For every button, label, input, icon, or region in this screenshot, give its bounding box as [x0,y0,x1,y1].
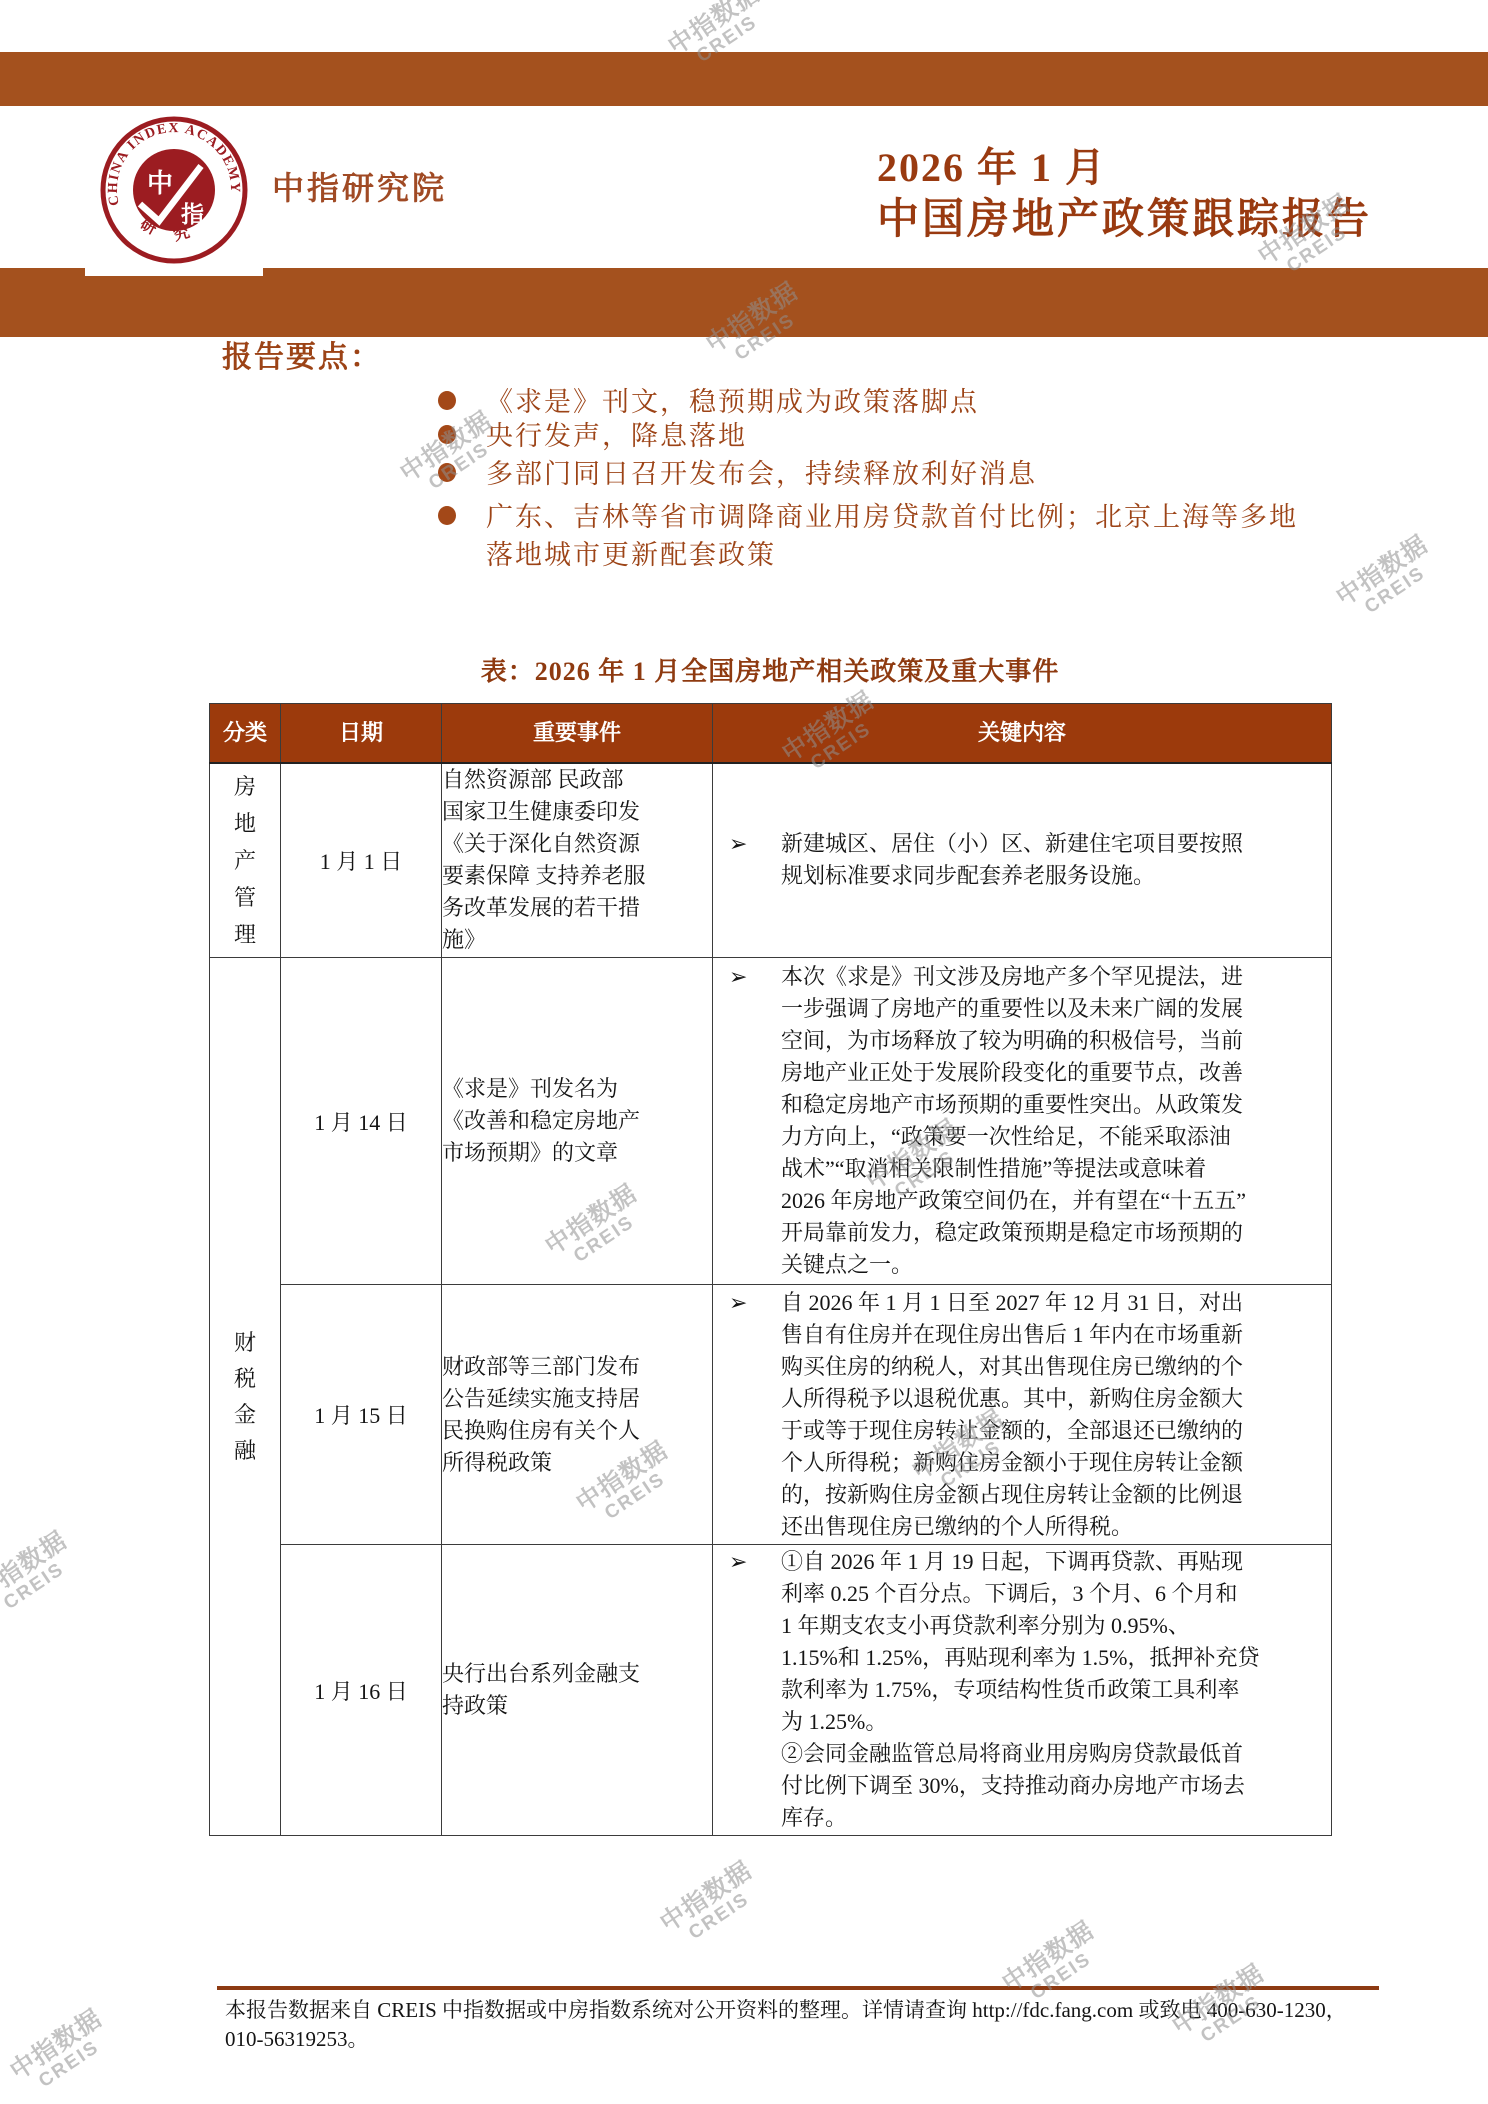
top-accent-bar [0,52,1488,106]
logo-box: CHINA INDEX ACADEMY 研 究 院 中 指 [85,106,263,276]
date-cell: 1 月 15 日 [281,1285,442,1545]
table-row: 1 月 15 日 财政部等三部门发布 公告延续实施支持居 民换购住房有关个人 所… [210,1285,1332,1545]
column-header-content: 关键内容 [713,704,1332,763]
bullet-dot-icon [438,463,456,482]
category-vertical-text: 财税金融 [232,1325,258,1469]
category-cell: 房地产管理 [210,763,281,958]
table-caption: 表：2026 年 1 月全国房地产相关政策及重大事件 [209,651,1331,688]
highlight-text: 央行发声，降息落地 [486,417,747,455]
content-text: 本次《求是》刊文涉及房地产多个罕见提法，进 一步强调了房地产的重要性以及未来广阔… [781,961,1331,1281]
event-cell: 《求是》刊发名为 《改善和稳定房地产 市场预期》的文章 [442,958,713,1285]
table-row: 房地产管理 1 月 1 日 自然资源部 民政部 国家卫生健康委印发 《关于深化自… [210,763,1332,958]
highlight-text: 《求是》刊文，稳预期成为政策落脚点 [486,383,979,421]
arrow-marker-icon: ➢ [713,828,781,860]
content-cell: ➢ ①自 2026 年 1 月 19 日起，下调再贷款、再贴现 利率 0.25 … [713,1545,1332,1836]
title-block: 2026 年 1 月 中国房地产政策跟踪报告 [877,146,1372,243]
highlight-text: 广东、吉林等省市调降商业用房贷款首付比例；北京上海等多地 落地城市更新配套政策 [486,498,1298,574]
column-header-category: 分类 [210,704,281,763]
category-cell: 财税金融 [210,958,281,1836]
logo-char-zhong: 中 [147,169,173,198]
event-cell: 财政部等三部门发布 公告延续实施支持居 民换购住房有关个人 所得税政策 [442,1285,713,1545]
report-page: CHINA INDEX ACADEMY 研 究 院 中 指 中指研究院 2026… [0,0,1488,2104]
policy-table: 分类 日期 重要事件 关键内容 房地产管理 1 月 1 日 自然资源部 民政部 … [209,703,1332,1836]
arrow-marker-icon: ➢ [713,1287,781,1319]
content-cell: ➢ 新建城区、居住（小）区、新建住宅项目要按照 规划标准要求同步配套养老服务设施… [713,763,1332,958]
table-row: 1 月 16 日 央行出台系列金融支 持政策 ➢ ①自 2026 年 1 月 1… [210,1545,1332,1836]
content-text: 自 2026 年 1 月 1 日至 2027 年 12 月 31 日，对出 售自… [781,1287,1331,1543]
bullet-dot-icon [438,506,456,525]
column-header-date: 日期 [281,704,442,763]
report-title-main: 中国房地产政策跟踪报告 [877,197,1372,243]
arrow-marker-icon: ➢ [713,961,781,993]
date-cell: 1 月 1 日 [281,763,442,958]
content-text: 新建城区、居住（小）区、新建住宅项目要按照 规划标准要求同步配套养老服务设施。 [781,828,1331,892]
footer-text-line1: 本报告数据来自 CREIS 中指数据或中房指数系统对公开资料的整理。详情请查询 … [225,1996,1395,2024]
table-row: 财税金融 1 月 14 日 《求是》刊发名为 《改善和稳定房地产 市场预期》的文… [210,958,1332,1285]
date-cell: 1 月 14 日 [281,958,442,1285]
brand-name: 中指研究院 [272,163,447,209]
table-header-row: 分类 日期 重要事件 关键内容 [210,704,1332,763]
event-cell: 央行出台系列金融支 持政策 [442,1545,713,1836]
column-header-event: 重要事件 [442,704,713,763]
watermark: 中指数据CREIS [656,1857,769,1955]
footer-text-line2: 010-56319253。 [225,2025,1395,2053]
watermark: 中指数据CREIS [0,1527,83,1625]
content-cell: ➢ 自 2026 年 1 月 1 日至 2027 年 12 月 31 日，对出 … [713,1285,1332,1545]
event-cell: 自然资源部 民政部 国家卫生健康委印发 《关于深化自然资源 要素保障 支持养老服… [442,763,713,958]
bullet-dot-icon [438,391,456,410]
highlights-label: 报告要点： [222,332,382,376]
content-text: ①自 2026 年 1 月 19 日起，下调再贷款、再贴现 利率 0.25 个百… [781,1546,1331,1834]
highlight-item: 多部门同日召开发布会，持续释放利好消息 [438,455,1037,493]
report-title-month: 2026 年 1 月 [877,146,1372,190]
highlight-item: 《求是》刊文，稳预期成为政策落脚点 [438,383,979,421]
bullet-dot-icon [438,425,456,444]
arrow-marker-icon: ➢ [713,1546,781,1578]
second-accent-bar [0,268,1488,337]
watermark: 中指数据CREIS [6,2005,119,2103]
content-cell: ➢ 本次《求是》刊文涉及房地产多个罕见提法，进 一步强调了房地产的重要性以及未来… [713,958,1332,1285]
logo-char-zhi: 指 [181,202,204,227]
china-index-academy-logo-icon: CHINA INDEX ACADEMY 研 究 院 中 指 [95,110,253,272]
footer-rule [217,1986,1379,1990]
watermark: 中指数据CREIS [1332,531,1445,629]
highlight-item: 央行发声，降息落地 [438,417,747,455]
date-cell: 1 月 16 日 [281,1545,442,1836]
highlight-text: 多部门同日召开发布会，持续释放利好消息 [486,455,1037,493]
highlight-item: 广东、吉林等省市调降商业用房贷款首付比例；北京上海等多地 落地城市更新配套政策 [438,498,1298,574]
category-vertical-text: 房地产管理 [232,768,258,953]
